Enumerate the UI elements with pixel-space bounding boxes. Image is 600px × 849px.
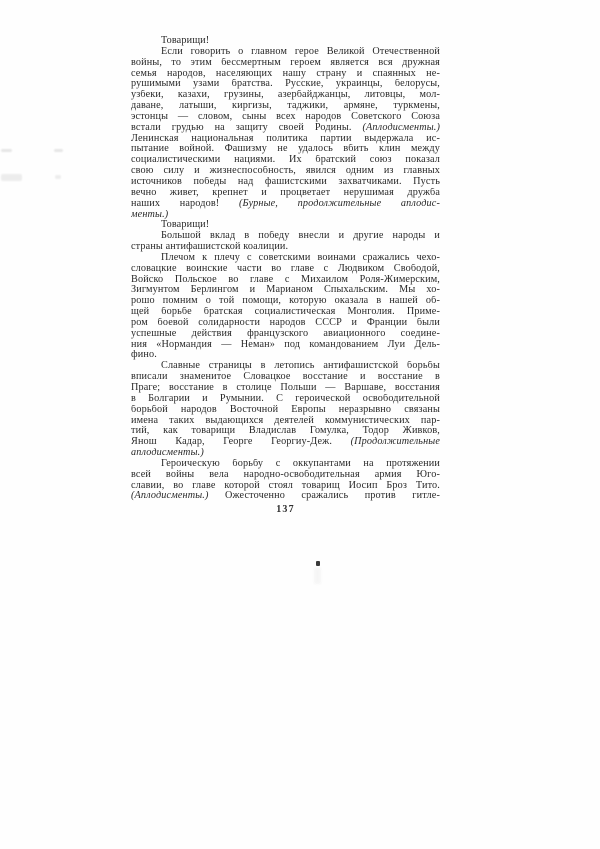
text-segment: наших народов!: [131, 199, 239, 209]
text-segment: узбеки, казахи, грузины, азербайджанцы, …: [131, 90, 440, 100]
speech-text: Товарищи!Если говорить о главном герое В…: [131, 36, 440, 502]
text-line: Праге; восстание в столице Польши — Варш…: [131, 383, 440, 394]
text-line: войны, то этим бессмертным героем являет…: [131, 58, 440, 69]
text-line: семья народов, населяющих нашу страну и …: [131, 69, 440, 80]
text-line: источников победы над фашистскими захват…: [131, 177, 440, 188]
text-segment: страны антифашистской коалиции.: [131, 242, 288, 252]
text-segment: ния «Нормандия — Неман» под командование…: [131, 340, 440, 350]
text-segment: Плечом к плечу с советскими воинами сраж…: [161, 253, 440, 263]
scan-artifact-shadow: [314, 568, 321, 584]
text-segment: рушимыми узами братства. Русские, украин…: [131, 79, 440, 89]
text-segment: свою силу и жизнеспособность, явился одн…: [131, 166, 440, 176]
text-segment: имена таких выдающихся деятелей коммунис…: [131, 416, 440, 426]
text-line: имена таких выдающихся деятелей коммунис…: [131, 416, 440, 427]
text-line: Товарищи!: [131, 36, 440, 47]
text-segment: Войско Польское во главе с Михаилом Роля…: [131, 275, 440, 285]
text-segment: Большой вклад в победу внесли и другие н…: [161, 231, 440, 241]
text-line: вечно живет, крепнет и процветает неруши…: [131, 188, 440, 199]
text-line: Войско Польское во главе с Михаилом Роля…: [131, 275, 440, 286]
text-line: встали грудью на защиту своей Родины. (А…: [131, 123, 440, 134]
text-segment: Если говорить о главном герое Великой От…: [161, 47, 440, 57]
text-line: Ленинская национальная политика партии в…: [131, 134, 440, 145]
scan-artifact-smudge: [1, 174, 22, 181]
text-segment: социалистическими нациями. Их братский с…: [131, 155, 440, 165]
text-line: щей борьбе братская социалистическая Мон…: [131, 307, 440, 318]
scan-artifact-smudge: [1, 149, 12, 152]
text-line: социалистическими нациями. Их братский с…: [131, 155, 440, 166]
stage-direction: (Аплодисменты.): [131, 491, 225, 501]
stage-direction: (Аплодисменты.): [362, 123, 440, 133]
text-line: даване, латыши, киргизы, таджики, армяне…: [131, 101, 440, 112]
stage-direction: аплодисменты.): [131, 448, 204, 458]
text-segment: славии, во главе которой стоял товарищ И…: [131, 481, 440, 491]
text-segment: Товарищи!: [161, 36, 209, 46]
text-segment: Янош Кадар, Георге Георгиу-Деж.: [131, 437, 351, 447]
scan-artifact-dot: [316, 561, 320, 566]
text-segment: щей борьбе братская социалистическая Мон…: [131, 307, 440, 317]
text-segment: войны, то этим бессмертным героем являет…: [131, 58, 440, 68]
text-line: (Аплодисменты.) Ожесточенно сражались пр…: [131, 491, 440, 502]
text-line: Зигмунтом Берлингом и Марианом Спыхальск…: [131, 285, 440, 296]
text-line: вписали знаменитое Словацкое восстание и…: [131, 372, 440, 383]
text-line: Янош Кадар, Георге Георгиу-Деж. (Продолж…: [131, 437, 440, 448]
scan-artifact-smudge: [55, 175, 61, 179]
text-line: Если говорить о главном герое Великой От…: [131, 47, 440, 58]
text-line: тий, как товарищи Владислав Гомулка, Тод…: [131, 426, 440, 437]
text-line: всей войны вела народно-освободительная …: [131, 470, 440, 481]
text-segment: Праге; восстание в столице Польши — Варш…: [131, 383, 440, 393]
text-segment: рошо помним о той помощи, которую оказал…: [131, 296, 440, 306]
text-segment: Героическую борьбу с оккупантами на прот…: [161, 459, 440, 469]
text-line: страны антифашистской коалиции.: [131, 242, 440, 253]
text-segment: Славные страницы в летопись антифашистск…: [161, 361, 440, 371]
text-segment: источников победы над фашистскими захват…: [131, 177, 440, 187]
page-number: 137: [131, 504, 440, 515]
text-segment: пытание войной. Фашизму не удалось вбить…: [131, 144, 440, 154]
text-line: рошо помним о той помощи, которую оказал…: [131, 296, 440, 307]
text-segment: борьбой народов Восточной Европы неразры…: [131, 405, 440, 415]
text-segment: вечно живет, крепнет и процветает неруши…: [131, 188, 440, 198]
text-segment: Ленинская национальная политика партии в…: [131, 134, 440, 144]
text-line: фино.: [131, 350, 440, 361]
text-line: Славные страницы в летопись антифашистск…: [131, 361, 440, 372]
text-segment: всей войны вела народно-освободительная …: [131, 470, 440, 480]
text-line: узбеки, казахи, грузины, азербайджанцы, …: [131, 90, 440, 101]
text-segment: Товарищи!: [161, 220, 209, 230]
text-segment: в Болгарии и Румынии. С героической осво…: [131, 394, 440, 404]
text-line: рушимыми узами братства. Русские, украин…: [131, 79, 440, 90]
text-line: словацкие воинские части во главе с Людв…: [131, 264, 440, 275]
text-line: Большой вклад в победу внесли и другие н…: [131, 231, 440, 242]
text-line: свою силу и жизнеспособность, явился одн…: [131, 166, 440, 177]
text-segment: тий, как товарищи Владислав Гомулка, Тод…: [131, 426, 440, 436]
text-line: менты.): [131, 210, 440, 221]
text-segment: успешные действия французского авиационн…: [131, 329, 440, 339]
stage-direction: (Бурные, продолжительные аплодис-: [239, 199, 440, 209]
text-segment: словацкие воинские части во главе с Людв…: [131, 264, 440, 274]
text-segment: вписали знаменитое Словацкое восстание и…: [131, 372, 440, 382]
text-line: наших народов! (Бурные, продолжительные …: [131, 199, 440, 210]
text-line: пытание войной. Фашизму не удалось вбить…: [131, 144, 440, 155]
text-segment: даване, латыши, киргизы, таджики, армяне…: [131, 101, 440, 111]
text-line: ром боевой солидарности народов СССР и Ф…: [131, 318, 440, 329]
text-segment: семья народов, населяющих нашу страну и …: [131, 69, 440, 79]
text-line: Плечом к плечу с советскими воинами сраж…: [131, 253, 440, 264]
text-segment: встали грудью на защиту своей Родины.: [131, 123, 362, 133]
stage-direction: (Продолжительные: [351, 437, 440, 447]
text-line: успешные действия французского авиационн…: [131, 329, 440, 340]
text-line: Героическую борьбу с оккупантами на прот…: [131, 459, 440, 470]
text-line: в Болгарии и Румынии. С героической осво…: [131, 394, 440, 405]
text-segment: ром боевой солидарности народов СССР и Ф…: [131, 318, 440, 328]
scan-artifact-smudge: [131, 181, 135, 184]
book-page: Товарищи!Если говорить о главном герое В…: [0, 0, 600, 849]
text-segment: фино.: [131, 350, 157, 360]
text-line: эстонцы — словом, сыны всех народов Сове…: [131, 112, 440, 123]
scan-artifact-smudge: [54, 149, 63, 152]
text-line: борьбой народов Восточной Европы неразры…: [131, 405, 440, 416]
text-segment: Зигмунтом Берлингом и Марианом Спыхальск…: [131, 285, 440, 295]
text-segment: эстонцы — словом, сыны всех народов Сове…: [131, 112, 440, 122]
text-line: славии, во главе которой стоял товарищ И…: [131, 481, 440, 492]
text-line: ния «Нормандия — Неман» под командование…: [131, 340, 440, 351]
text-line: аплодисменты.): [131, 448, 440, 459]
stage-direction: менты.): [131, 210, 168, 220]
text-segment: Ожесточенно сражались против гитле-: [225, 491, 440, 501]
text-line: Товарищи!: [131, 220, 440, 231]
